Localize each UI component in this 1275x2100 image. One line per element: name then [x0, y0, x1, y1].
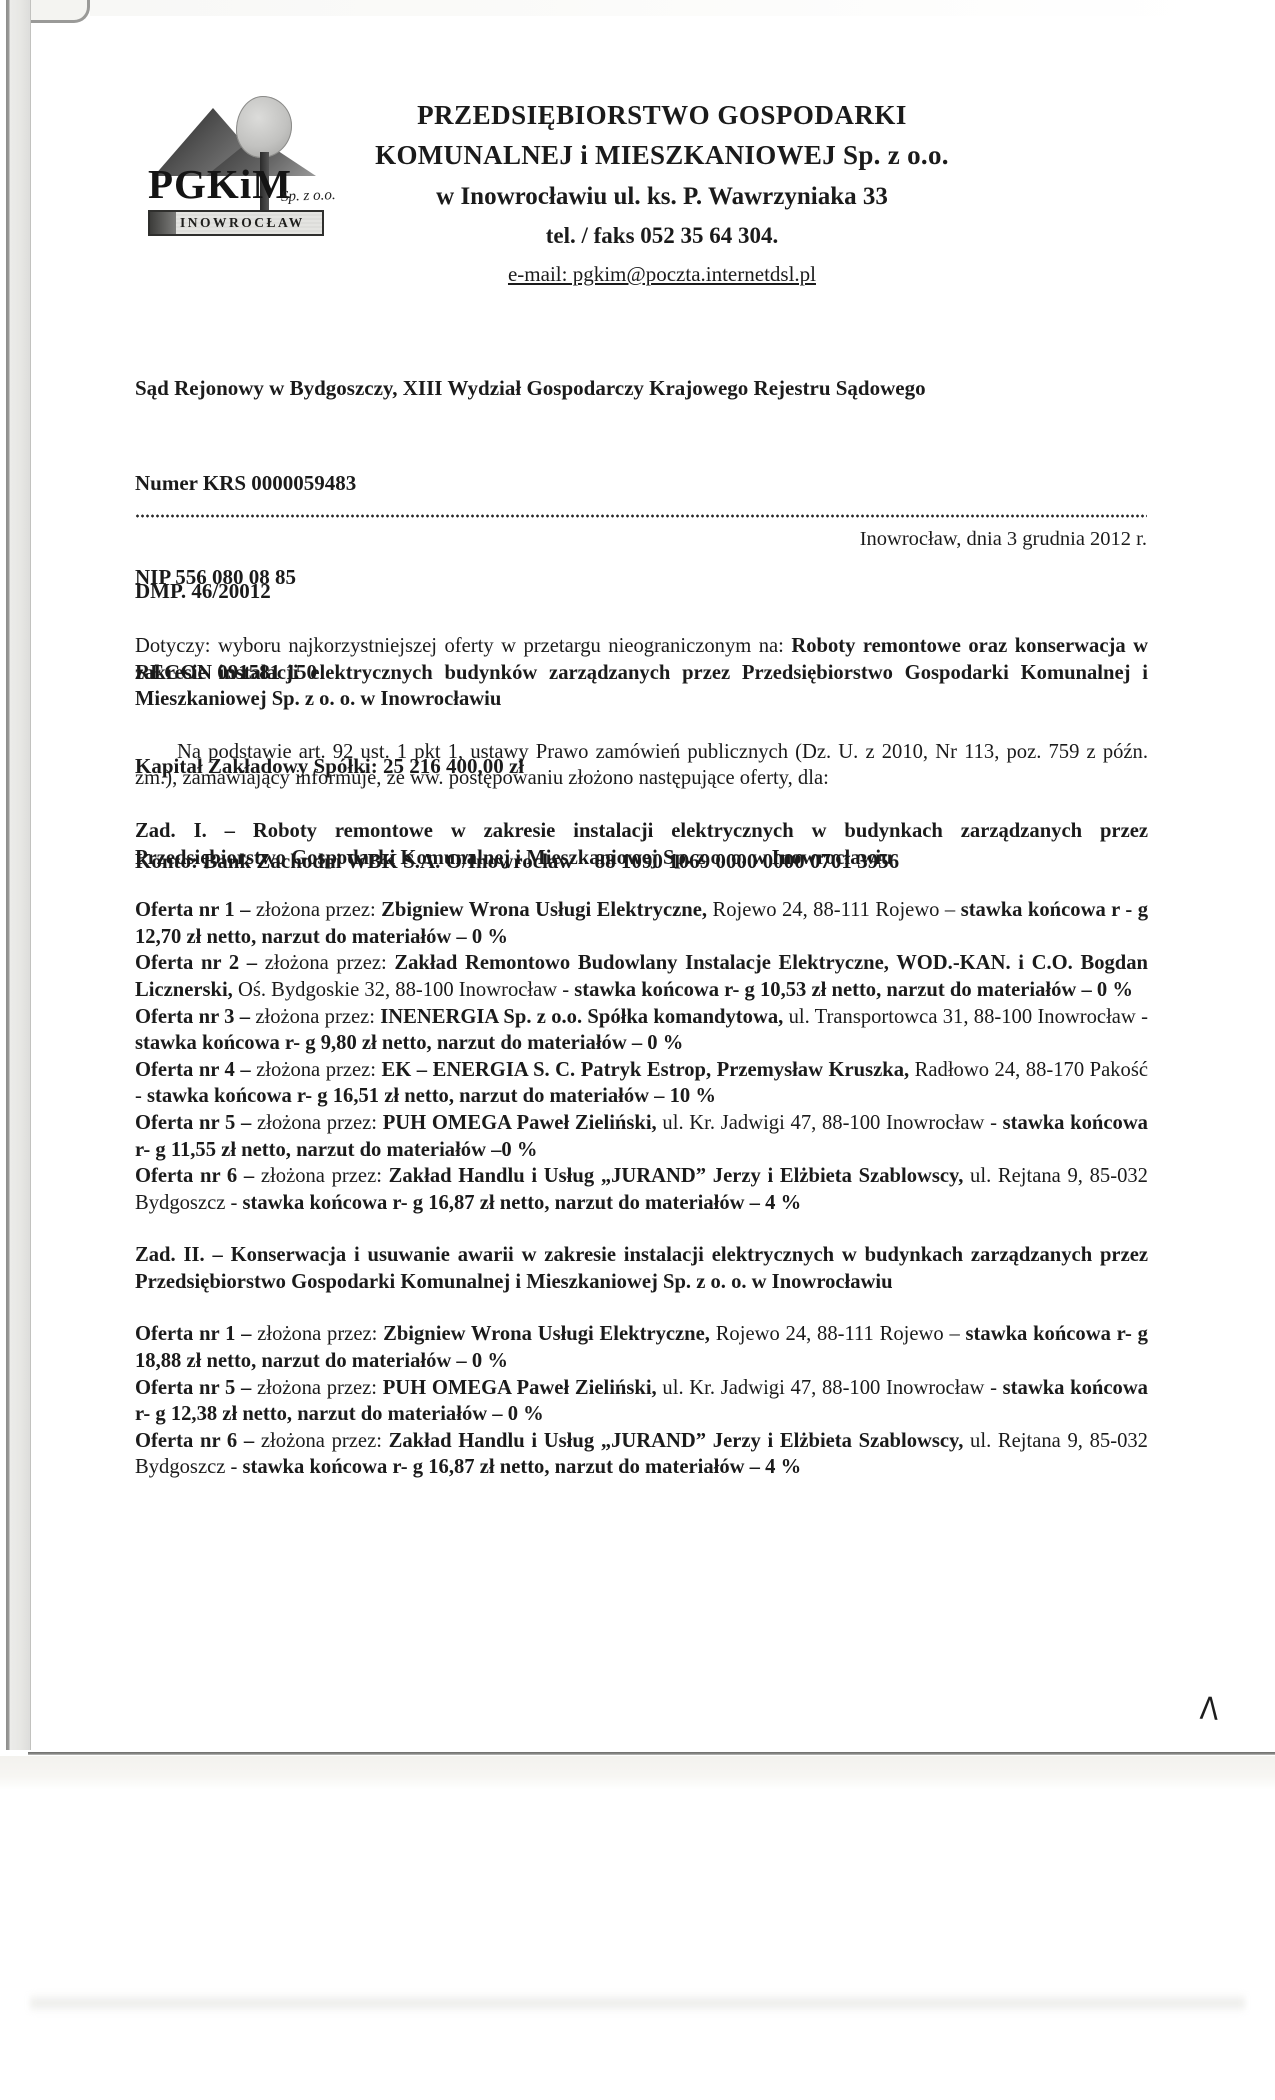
- section-2-heading: Zad. II. – Konserwacja i usuwanie awarii…: [135, 1242, 1148, 1295]
- scan-below-edge-band: [0, 1756, 1275, 1790]
- scan-top-shadow: [90, 0, 1210, 16]
- letterhead: PRZEDSIĘBIORSTWO GOSPODARKI KOMUNALNEJ i…: [338, 100, 986, 287]
- scan-left-edge-strip: [6, 0, 31, 1750]
- logo-tree-icon: [236, 96, 292, 158]
- offer-paragraph: Oferta nr 1 – złożona przez: Zbigniew Wr…: [135, 1321, 1148, 1374]
- offer-paragraph: Oferta nr 6 – złożona przez: Zakład Hand…: [135, 1428, 1148, 1481]
- handwritten-mark: Λ: [1199, 1691, 1220, 1728]
- registry-nip-line: NIP 556 080 08 85: [135, 562, 1150, 594]
- logo-acronym: PGKiM: [148, 160, 292, 208]
- place-and-date: Inowrocław, dnia 3 grudnia 2012 r.: [860, 528, 1147, 551]
- offer-paragraph: Oferta nr 5 – złożona przez: PUH OMEGA P…: [135, 1110, 1148, 1163]
- company-name-line-1: PRZEDSIĘBIORSTWO GOSPODARKI: [338, 100, 986, 131]
- subject-paragraph: Dotyczy: wyboru najkorzystniejszej ofert…: [135, 633, 1148, 713]
- intro-paragraph: Na podstawie art. 92 ust. 1 pkt 1, ustaw…: [135, 739, 1148, 792]
- offer-paragraph: Oferta nr 6 – złożona przez: Zakład Hand…: [135, 1163, 1148, 1216]
- registry-krs-line: Numer KRS 0000059483: [135, 468, 1150, 500]
- company-email-line: e-mail: pgkim@poczta.internetdsl.pl: [338, 262, 986, 287]
- offer-paragraph: Oferta nr 1 – złożona przez: Zbigniew Wr…: [135, 897, 1148, 950]
- registry-court-line: Sąd Rejonowy w Bydgoszczy, XIII Wydział …: [135, 373, 1150, 405]
- offer-paragraph: Oferta nr 2 – złożona przez: Zakład Remo…: [135, 950, 1148, 1003]
- section-2-offer-list: Oferta nr 1 – złożona przez: Zbigniew Wr…: [135, 1321, 1148, 1481]
- scan-bottom-shadow: [30, 1992, 1245, 2014]
- logo-city-box: INOWROCŁAW: [148, 210, 324, 236]
- dotted-divider: [135, 514, 1147, 518]
- scan-corner-artifact: [31, 0, 90, 23]
- scan-page-bottom-edge: [28, 1752, 1275, 1755]
- company-address-line: w Inowrocławiu ul. ks. P. Wawrzyniaka 33: [338, 183, 986, 211]
- section-1-offer-list: Oferta nr 1 – złożona przez: Zbigniew Wr…: [135, 897, 1148, 1216]
- logo-suffix: Sp. z o.o.: [281, 187, 336, 206]
- scanned-document-page: PGKiM Sp. z o.o. INOWROCŁAW PRZEDSIĘBIOR…: [0, 0, 1275, 2100]
- section-1-heading: Zad. I. – Roboty remontowe w zakresie in…: [135, 818, 1148, 871]
- company-logo: PGKiM Sp. z o.o. INOWROCŁAW: [148, 96, 338, 238]
- company-phone-line: tel. / faks 052 35 64 304.: [338, 223, 986, 249]
- offer-paragraph: Oferta nr 5 – złożona przez: PUH OMEGA P…: [135, 1375, 1148, 1428]
- logo-city-label: INOWROCŁAW: [176, 215, 305, 231]
- reference-number: DMP. 46/20012: [135, 579, 271, 604]
- letter-body: Dotyczy: wyboru najkorzystniejszej ofert…: [135, 633, 1148, 1481]
- offer-paragraph: Oferta nr 4 – złożona przez: EK – ENERGI…: [135, 1057, 1148, 1110]
- offer-paragraph: Oferta nr 3 – złożona przez: INENERGIA S…: [135, 1004, 1148, 1057]
- company-name-line-2: KOMUNALNEJ i MIESZKANIOWEJ Sp. z o.o.: [338, 140, 986, 171]
- logo-city-block: [150, 212, 176, 234]
